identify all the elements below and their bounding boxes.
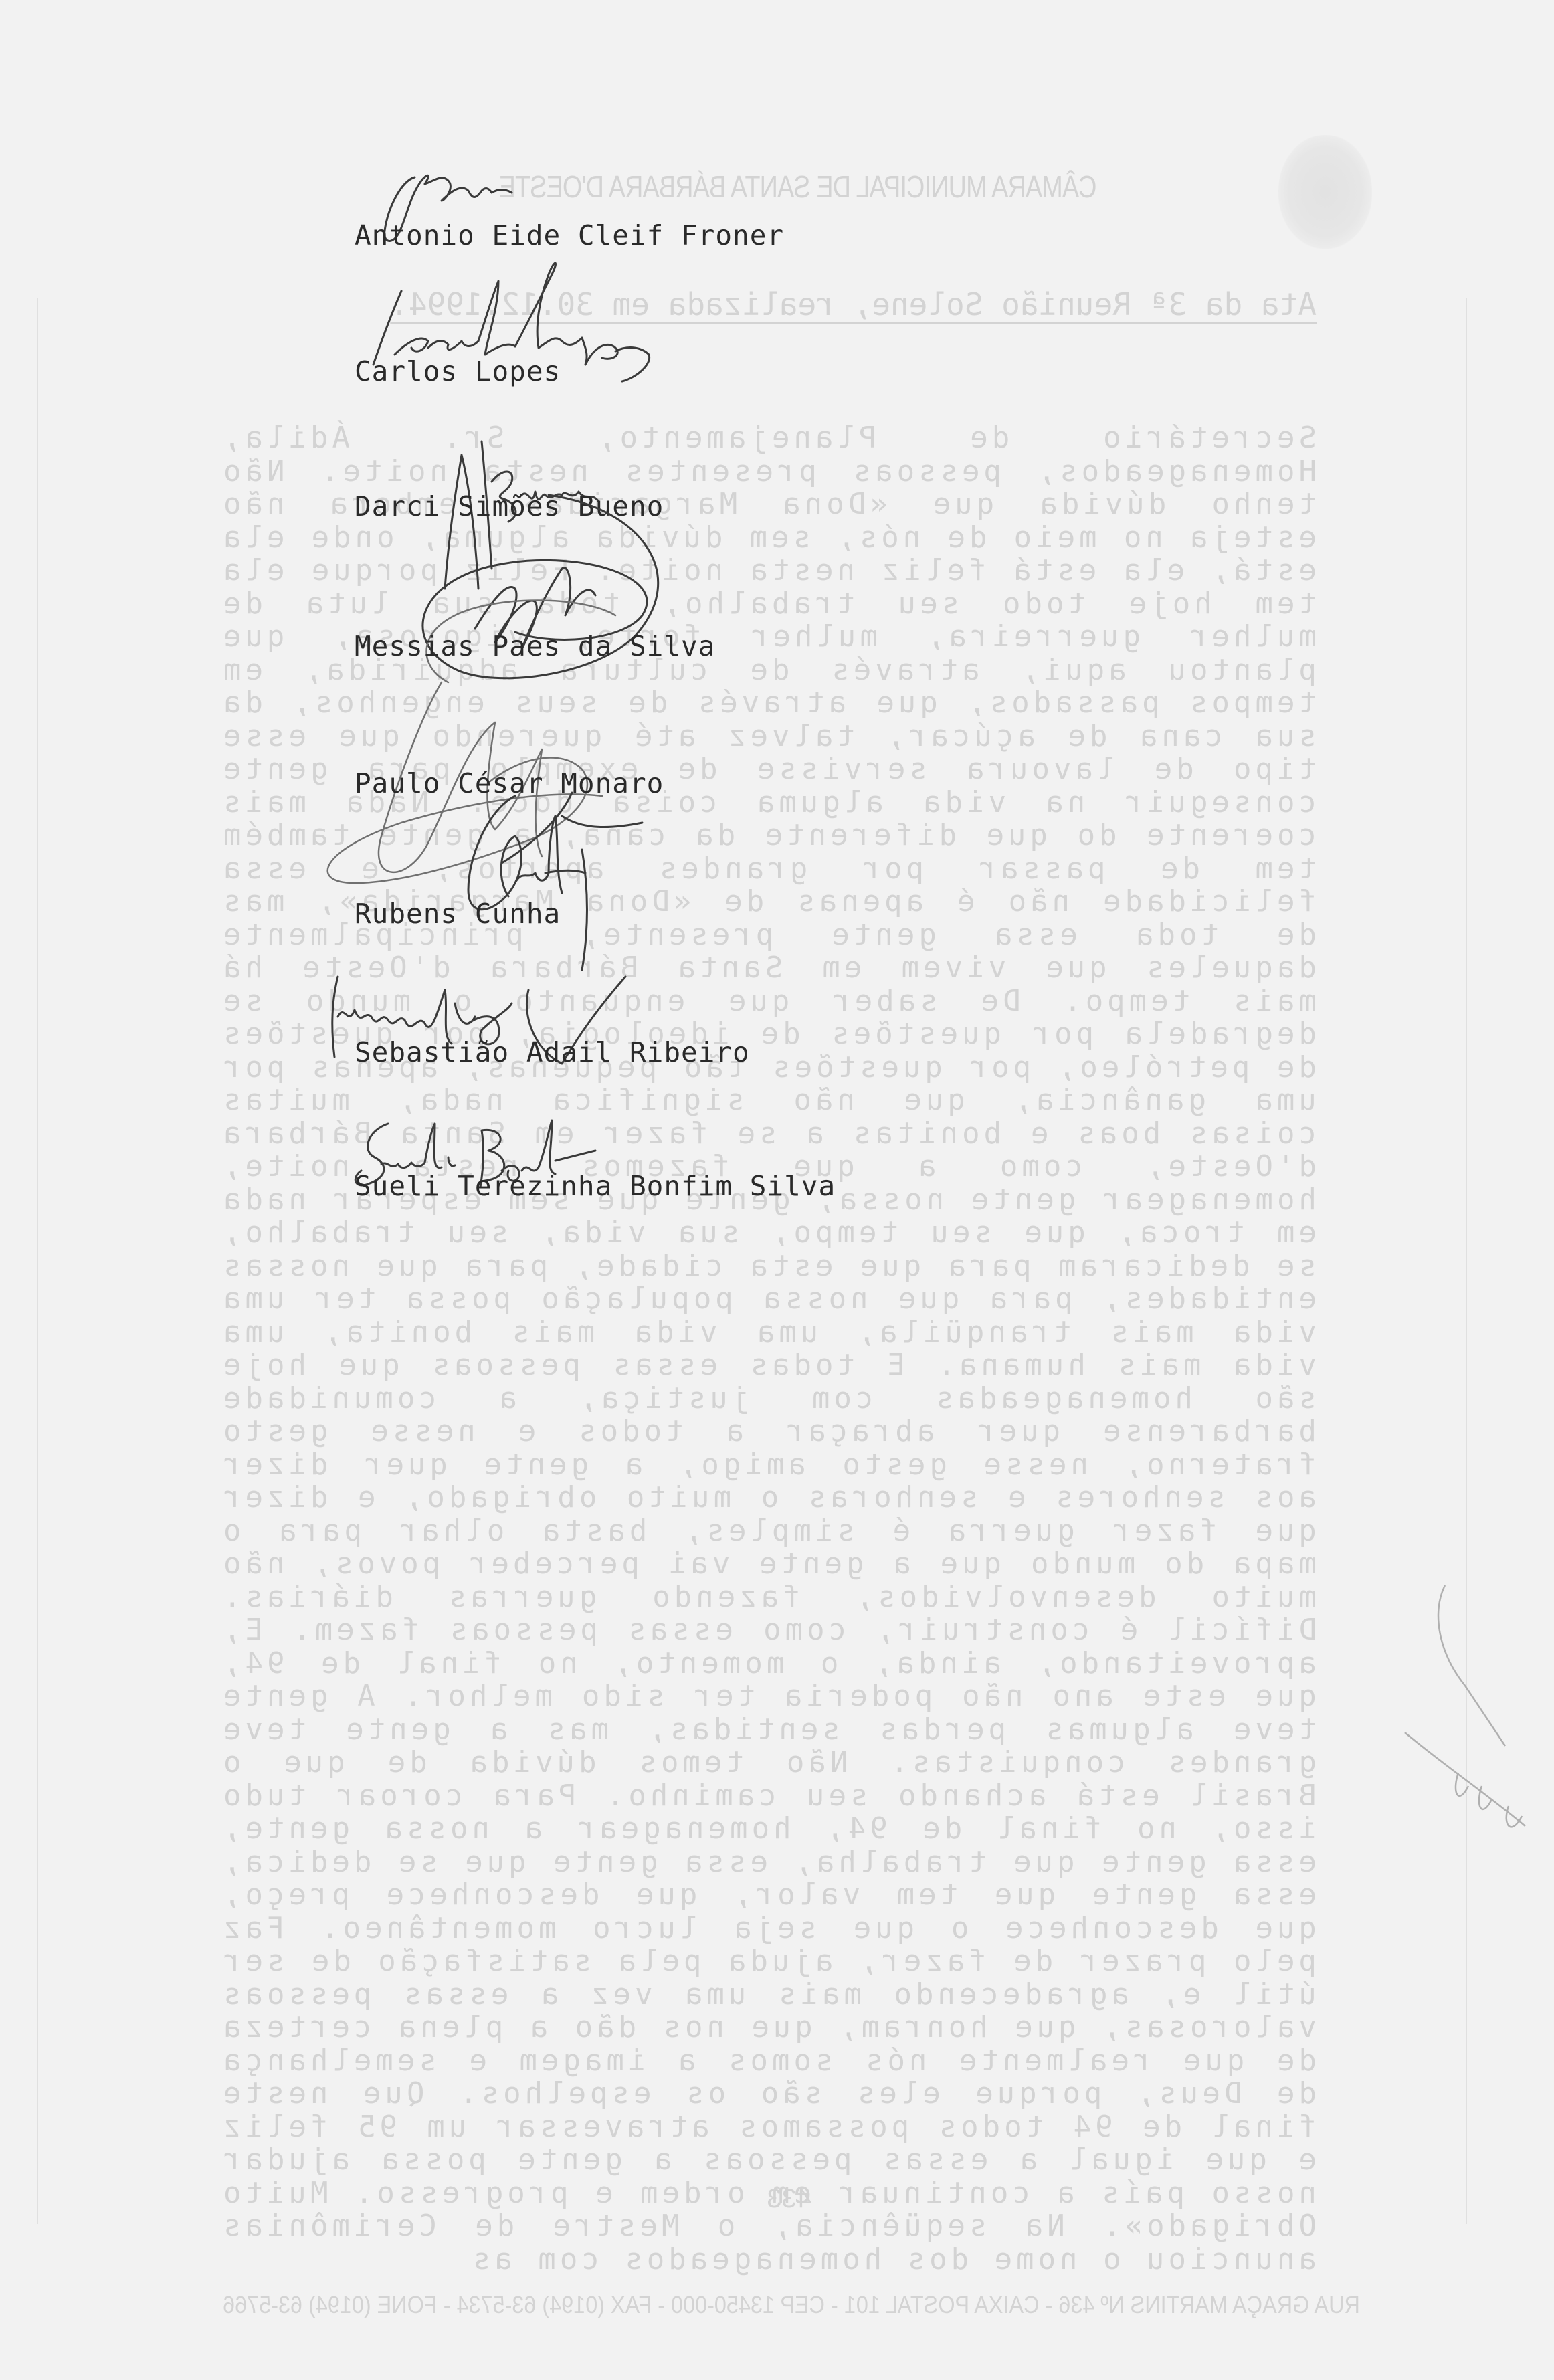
minutes-title: Ata da 3ª Reunião Solene, realizada em 3…: [179, 286, 1317, 322]
signatory-name: Rubens Cunha: [355, 900, 561, 928]
minutes-body: Secretário de Planejamento, Sr. Ádila, H…: [219, 421, 1317, 2276]
letterhead-footer: RUA GRAÇA MARTINS Nº 436 - CAIXA POSTAL …: [153, 2291, 1430, 2319]
signatory: Sueli Terezinha Bonfim Silva: [355, 1173, 836, 1200]
signatory: Darci Simões Bueno: [355, 493, 664, 520]
signatory: Sebastião Adail Ribeiro: [355, 1039, 750, 1066]
signatory-name: Messias Paes da Silva: [355, 633, 715, 660]
signature-carlos: [355, 247, 836, 428]
signatory-name: Darci Simões Bueno: [355, 493, 664, 520]
signatory: Antonio Eide Cleif Froner: [355, 222, 784, 250]
signatory: Paulo César Monaro: [355, 770, 664, 797]
page-frame-line: [1466, 298, 1467, 2224]
municipal-seal-icon: [1278, 135, 1372, 249]
page-number: 433: [767, 2184, 811, 2214]
signatory: Messias Paes da Silva: [355, 633, 715, 660]
signatory-name: Sueli Terezinha Bonfim Silva: [355, 1173, 836, 1200]
signatory: Rubens Cunha: [355, 900, 561, 928]
letterhead: CÂMARA MUNICIPAL DE SANTA BÁRBARA D'OEST…: [359, 169, 1237, 205]
signatory-name: Sebastião Adail Ribeiro: [355, 1039, 750, 1066]
signatory: Carlos Lopes: [355, 358, 561, 385]
signatory-name: Antonio Eide Cleif Froner: [355, 222, 784, 250]
signatory-name: Carlos Lopes: [355, 358, 561, 385]
signatory-name: Paulo César Monaro: [355, 770, 664, 797]
page-frame-line: [37, 298, 38, 2224]
signature-rubens: [428, 783, 602, 970]
margin-initials: [1365, 1572, 1554, 1840]
